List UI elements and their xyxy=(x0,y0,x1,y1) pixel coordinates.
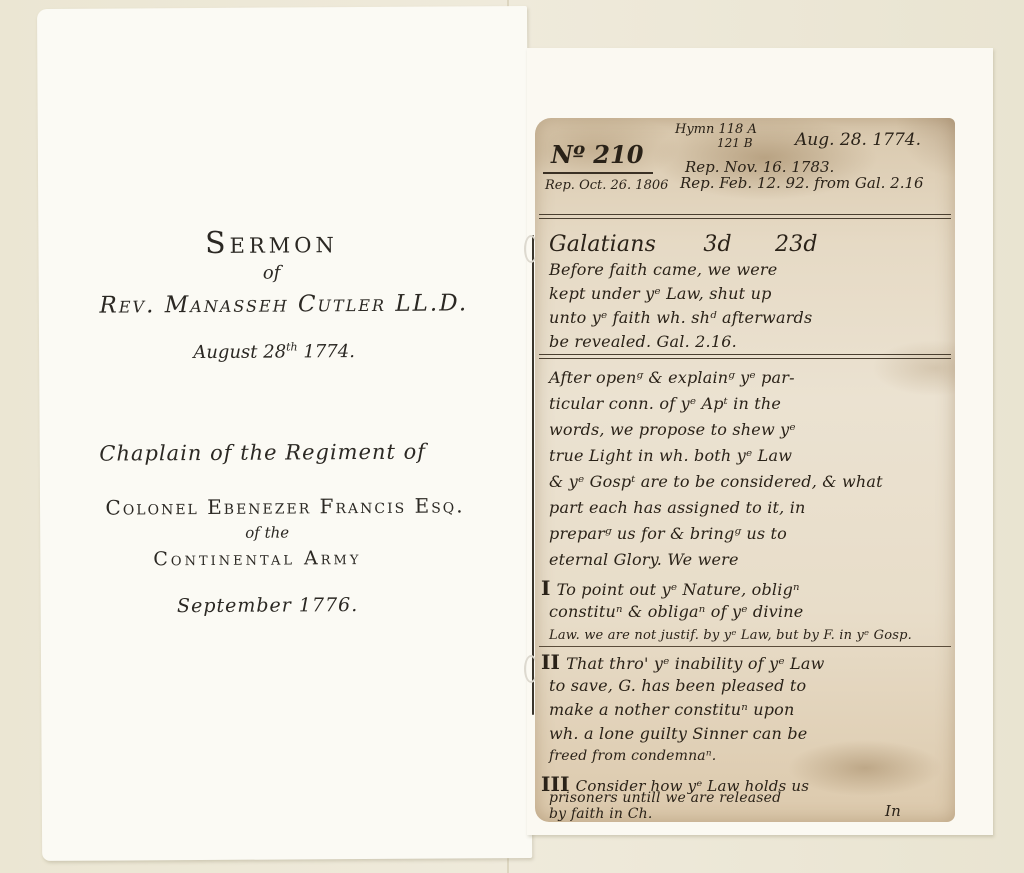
point-rule xyxy=(539,646,951,647)
numeral-2: II xyxy=(541,650,560,674)
title-of: of xyxy=(27,261,517,285)
point-text: That thro' yᵉ inability of yᵉ Law xyxy=(566,654,824,673)
scripture-line: Before faith came, we were xyxy=(549,260,945,279)
book-name: Galatians xyxy=(549,232,656,257)
hymn-note: Hymn 118 A xyxy=(675,122,757,137)
intro-line: After openᵍ & explainᵍ yᵉ par- xyxy=(549,368,945,387)
text-reference: Galatians 3d 23d xyxy=(549,232,945,257)
point-text: To point out yᵉ Nature, obligⁿ xyxy=(557,580,800,599)
section-rule xyxy=(539,354,951,355)
hymn-note-2: 121 B xyxy=(717,136,753,150)
chaplain-line: Chaplain of the Regiment of xyxy=(18,439,508,466)
manuscript-leaf: Nº 210 Hymn 118 A 121 B Aug. 28. 1774. R… xyxy=(535,118,955,822)
header-rule xyxy=(539,214,951,215)
catchword: In xyxy=(885,802,945,820)
title-page: Sermon of Rev. Manasseh Cutler LL.D. Aug… xyxy=(37,6,532,861)
date-suffix: th xyxy=(286,340,298,353)
point-2-line: to save, G. has been pleased to xyxy=(549,676,945,695)
service-date: September 1776. xyxy=(23,593,513,618)
army-line: Continental Army xyxy=(12,546,502,571)
point-1-line: constituⁿ & obligaⁿ of yᵉ divine xyxy=(549,602,945,621)
sermon-number: Nº 210 xyxy=(551,140,643,169)
point-2-line: wh. a lone guilty Sinner can be xyxy=(549,724,945,743)
point-2-line: freed from condemnaⁿ. xyxy=(549,748,945,764)
date-year: 1774. xyxy=(298,341,355,362)
intro-line: eternal Glory. We were xyxy=(549,550,945,569)
scripture-line: unto yᵉ faith wh. shᵈ afterwards xyxy=(549,308,945,327)
colonel-line: Colonel Ebenezer Francis Esq. xyxy=(40,493,530,520)
point-1-line: ITo point out yᵉ Nature, obligⁿ xyxy=(541,576,945,600)
repeat-note-feb: Rep. Feb. 12. 92. from Gal. 2.16 xyxy=(680,174,924,192)
header-rule-double xyxy=(539,218,951,219)
of-the-line: of the xyxy=(22,522,512,543)
preached-date: Aug. 28. 1774. xyxy=(795,130,921,150)
intro-line: ticular conn. of yᵉ Apᵗ in the xyxy=(549,394,945,413)
point-1-line: Law. we are not justif. by yᵉ Law, but b… xyxy=(549,628,945,643)
section-rule-double xyxy=(539,358,951,359)
author-name: Rev. Manasseh Cutler LL.D. xyxy=(39,290,529,319)
scripture-line: be revealed. Gal. 2.16. xyxy=(549,332,945,351)
numeral-1: I xyxy=(541,576,551,600)
intro-line: true Light in wh. both yᵉ Law xyxy=(549,446,945,465)
scripture-line: kept under yᵉ Law, shut up xyxy=(549,284,945,303)
point-2-line: make a nother constituⁿ upon xyxy=(549,700,945,719)
stitch-thread xyxy=(532,235,534,715)
verse: 23d xyxy=(775,232,818,257)
date-prefix: August 28 xyxy=(193,341,286,363)
intro-line: preparᵍ us for & bringᵍ us to xyxy=(549,524,945,543)
repeat-note-oct: Rep. Oct. 26. 1806 xyxy=(545,178,668,193)
intro-line: & yᵉ Gospᵗ are to be considered, & what xyxy=(549,472,945,491)
number-underline xyxy=(543,172,653,174)
sermon-date: August 28th 1774. xyxy=(29,339,519,364)
chapter: 3d xyxy=(703,232,731,257)
intro-line: part each has assigned to it, in xyxy=(549,498,945,517)
title-heading: Sermon xyxy=(26,224,516,262)
point-2-line: IIThat thro' yᵉ inability of yᵉ Law xyxy=(541,650,945,674)
intro-line: words, we propose to shew yᵉ xyxy=(549,420,945,439)
